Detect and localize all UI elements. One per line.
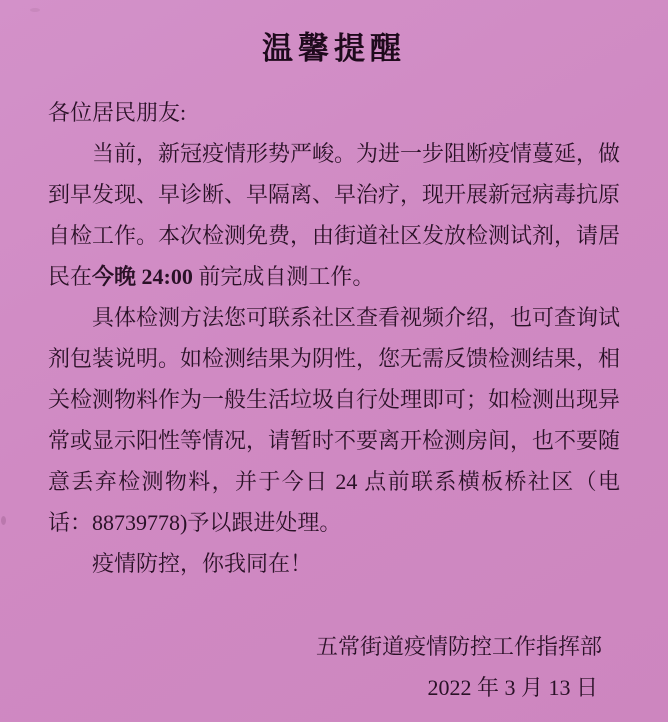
- paragraph-testing-instructions: 具体检测方法您可联系社区查看视频介绍，也可查询试剂包装说明。如检测结果为阴性，您…: [48, 297, 620, 543]
- issue-date: 2022 年 3 月 13 日: [48, 667, 620, 708]
- salutation: 各位居民朋友:: [48, 92, 620, 133]
- signature-issuer: 五常街道疫情防控工作指挥部: [48, 626, 620, 667]
- deadline-tonight-2400: 今晚 24:00: [92, 264, 193, 289]
- scan-artifact: [30, 8, 40, 12]
- notice-page: 温馨提醒 各位居民朋友: 当前，新冠疫情形势严峻。为进一步阻断疫情蔓延，做到早发…: [0, 0, 668, 722]
- paragraph-slogan: 疫情防控，你我同在！: [48, 543, 620, 584]
- notice-title: 温馨提醒: [48, 32, 620, 66]
- scan-artifact: [1, 516, 6, 525]
- paragraph-1-text-after: 前完成自测工作。: [193, 264, 375, 289]
- paragraph-testing-announcement: 当前，新冠疫情形势严峻。为进一步阻断疫情蔓延，做到早发现、早诊断、早隔离、早治疗…: [48, 133, 620, 297]
